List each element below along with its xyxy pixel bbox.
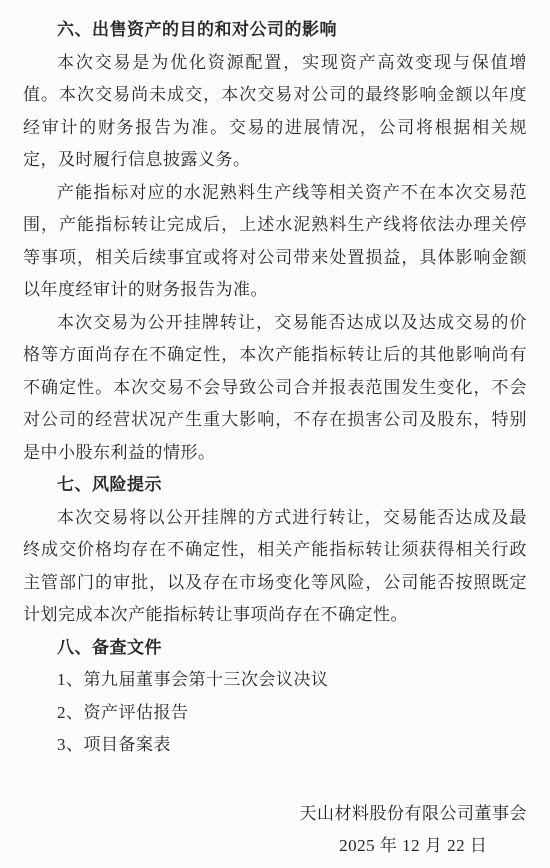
section-heading-risk-notice: 七、风险提示 bbox=[23, 469, 527, 502]
paragraph-capacity-indicator: 产能指标对应的水泥熟料生产线等相关资产不在本次交易范围，产能指标转让完成后，上述… bbox=[23, 177, 527, 307]
list-item-project-record-form: 3、项目备案表 bbox=[23, 729, 527, 762]
section-heading-sale-purpose: 六、出售资产的目的和对公司的影响 bbox=[23, 14, 527, 47]
paragraph-listing-transfer: 本次交易为公开挂牌转让，交易能否达成以及达成交易的价格等方面尚存在不确定性，本次… bbox=[23, 307, 527, 470]
signature-date: 2025 年 12 月 22 日 bbox=[300, 830, 528, 863]
signature-block: 天山材料股份有限公司董事会 2025 年 12 月 22 日 bbox=[23, 798, 527, 863]
document-page: 六、出售资产的目的和对公司的影响 本次交易是为优化资源配置，实现资产高效变现与保… bbox=[0, 0, 550, 868]
list-item-asset-appraisal-report: 2、资产评估报告 bbox=[23, 697, 527, 730]
list-item-board-resolution: 1、第九届董事会第十三次会议决议 bbox=[23, 664, 527, 697]
signature-inner: 天山材料股份有限公司董事会 2025 年 12 月 22 日 bbox=[300, 798, 528, 863]
paragraph-transaction-purpose: 本次交易是为优化资源配置，实现资产高效变现与保值增值。本次交易尚未成交，本次交易… bbox=[23, 47, 527, 177]
paragraph-risk-notice: 本次交易将以公开挂牌的方式进行转让，交易能否达成及最终成交价格均存在不确定性，相… bbox=[23, 502, 527, 632]
section-heading-reference-documents: 八、备查文件 bbox=[23, 632, 527, 665]
signature-company: 天山材料股份有限公司董事会 bbox=[300, 798, 528, 831]
